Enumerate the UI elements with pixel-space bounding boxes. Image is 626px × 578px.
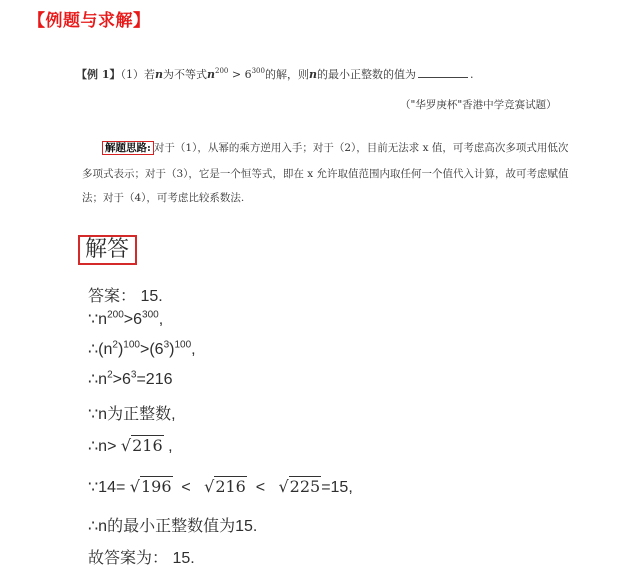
section-header: 【例题与求解】 bbox=[28, 6, 151, 31]
answer-line-3: ∴(n2)100>(63)100, bbox=[88, 339, 196, 359]
answer-line-4: ∴n2>63=216 bbox=[88, 369, 173, 389]
idea-line-3: 法；对于（4），可考虑比较系数法. bbox=[82, 190, 244, 205]
answer-line-6: ∴n> √216 , bbox=[88, 436, 173, 456]
answer-title: 解答 bbox=[78, 235, 137, 265]
sqrt-225: √225 bbox=[278, 476, 321, 496]
idea-tag: 解题思路: bbox=[102, 141, 154, 155]
idea-line-1: 解题思路:对于（1），从幂的乘方逆用入手；对于（2），目前无法求 x 值，可考虑… bbox=[102, 140, 568, 155]
problem-label: 【例 1】 bbox=[76, 68, 120, 81]
answer-line-8: ∴n的最小正整数值为15. bbox=[88, 513, 257, 536]
answer-line-2: ∵n200>6300, bbox=[88, 309, 163, 329]
sqrt-216: √216 bbox=[204, 476, 247, 496]
answer-blank bbox=[418, 68, 468, 78]
problem-source: （"华罗庚杯"香港中学竞赛试题） bbox=[400, 97, 557, 112]
answer-line-7: ∵14= √196 < √216 < √225=15, bbox=[88, 477, 353, 497]
answer-line-5: ∵n为正整数, bbox=[88, 401, 176, 424]
idea-line-2: 多项式表示；对于（3），它是一个恒等式，即在 x 允许取值范围内取任何一个值代入… bbox=[82, 166, 569, 181]
sqrt-196: √196 bbox=[130, 476, 173, 496]
problem-statement: 【例 1】（1）若n为不等式n200 > 6300的解，则n的最小正整数的值为. bbox=[76, 66, 473, 82]
sqrt-216: √216 bbox=[121, 435, 164, 455]
answer-line-1: 答案： 15. bbox=[88, 283, 163, 306]
answer-line-9: 故答案为： 15. bbox=[88, 545, 195, 568]
